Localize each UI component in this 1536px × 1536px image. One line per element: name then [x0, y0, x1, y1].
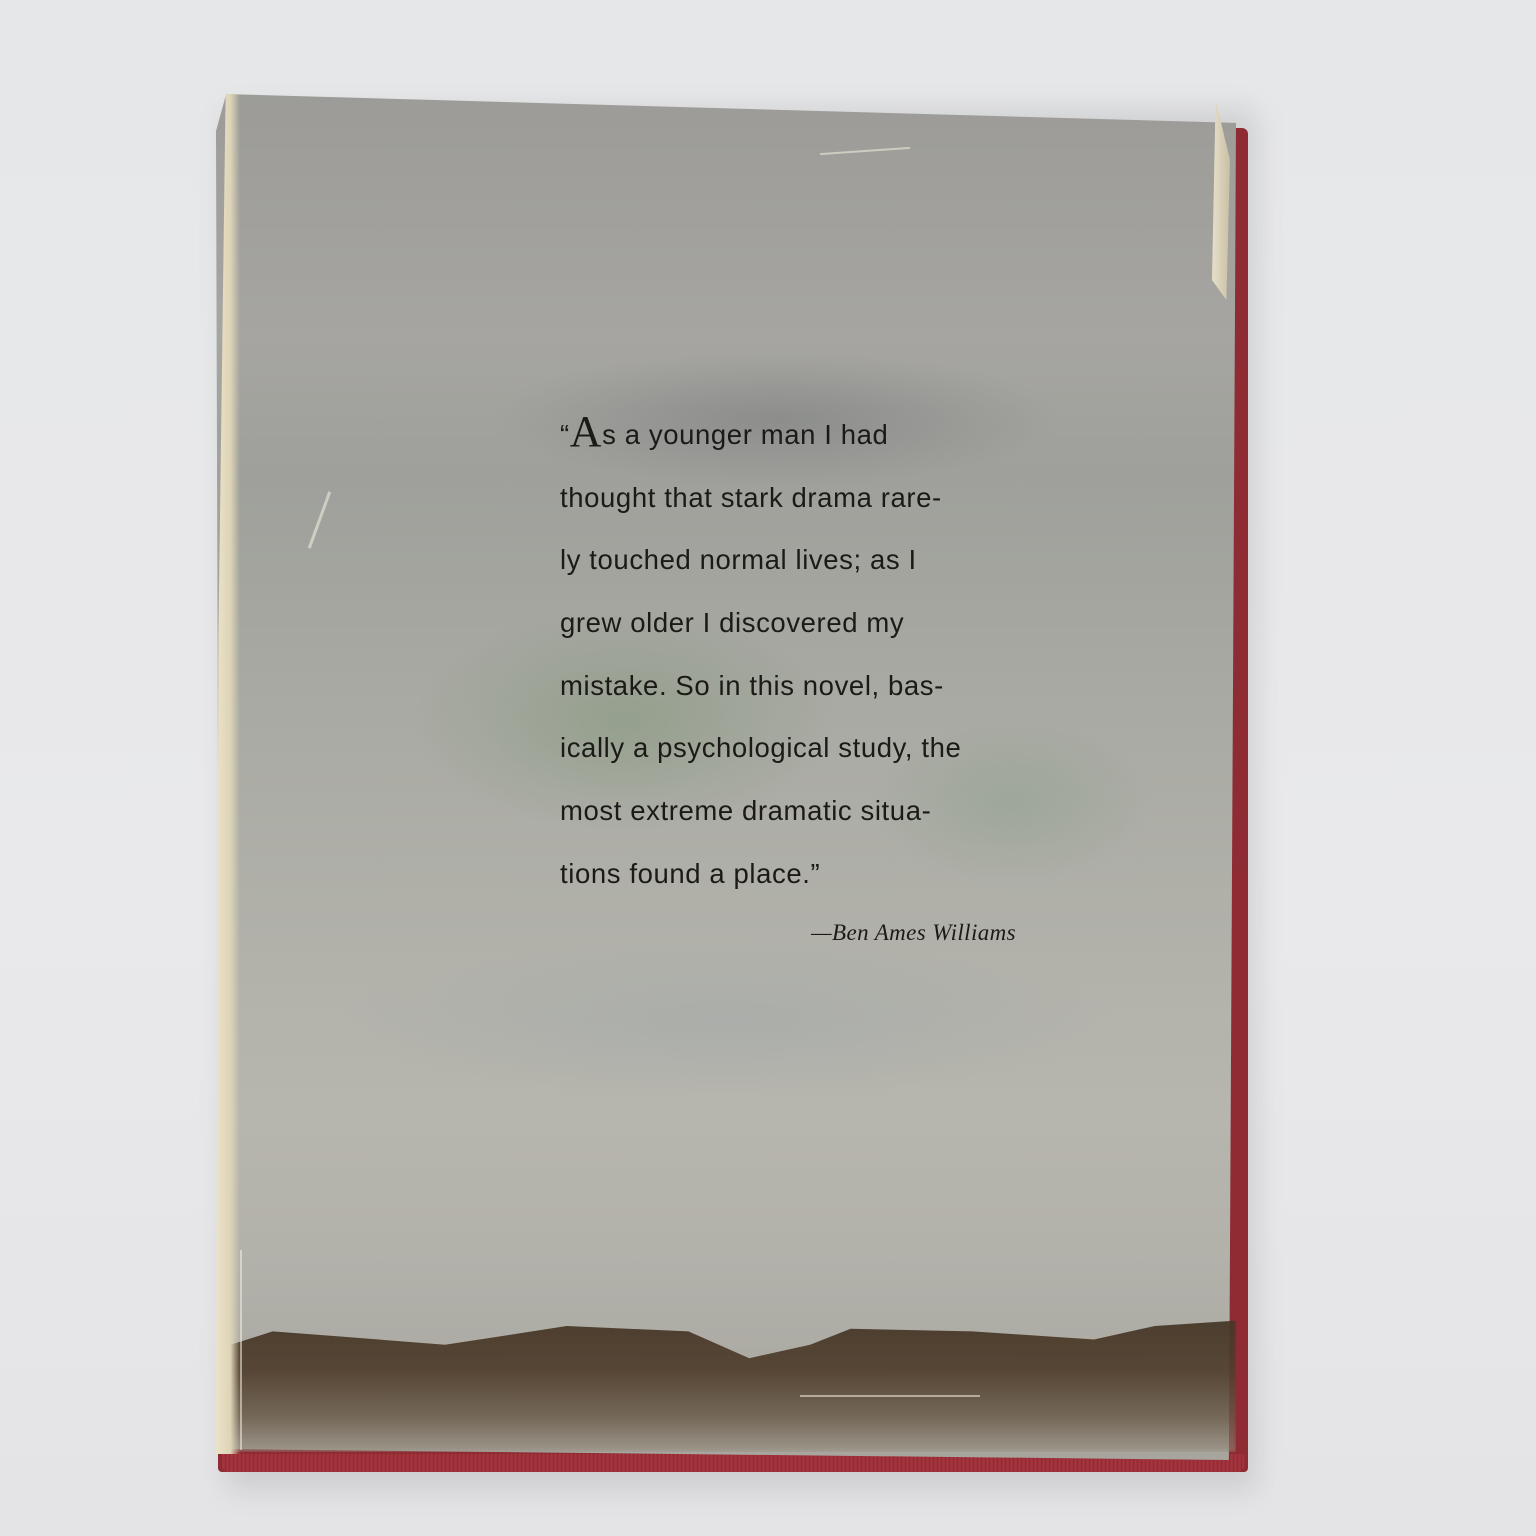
quote-line-text: ly touched normal lives; as I [560, 529, 917, 592]
quote-line: mistake. So in this novel, bas- [560, 655, 1012, 718]
quote-line: ly touched normal lives; as I [560, 529, 1012, 592]
quote-line-text: grew older I discovered my [560, 592, 904, 655]
quote-attribution: —Ben Ames Williams [760, 920, 1016, 946]
back-cover-quote: “As a younger man I had thought that sta… [560, 404, 1012, 906]
quote-first-line-wrap: “As a younger man I had [560, 404, 888, 467]
quote-line-text: thought that stark drama rare- [560, 467, 942, 530]
quote-line: most extreme dramatic situa- [560, 780, 1012, 843]
quote-line: grew older I discovered my [560, 592, 1012, 655]
quote-line-text: tions found a place.” [560, 843, 820, 906]
quote-line: tions found a place.” [560, 843, 1012, 906]
quote-line-text: most extreme dramatic situa- [560, 780, 931, 843]
quote-line-text: s a younger man I had [602, 419, 888, 450]
drop-cap: A [570, 407, 602, 456]
quote-line-text: mistake. So in this novel, bas- [560, 655, 944, 718]
quote-line: thought that stark drama rare- [560, 467, 1012, 530]
crease-mark [240, 1250, 242, 1450]
quote-line-text: ically a psychological study, the [560, 717, 961, 780]
quote-line: ically a psychological study, the [560, 717, 1012, 780]
open-quote-mark: “ [560, 419, 570, 450]
crease-mark [800, 1395, 980, 1397]
quote-line: “As a younger man I had [560, 404, 1012, 467]
